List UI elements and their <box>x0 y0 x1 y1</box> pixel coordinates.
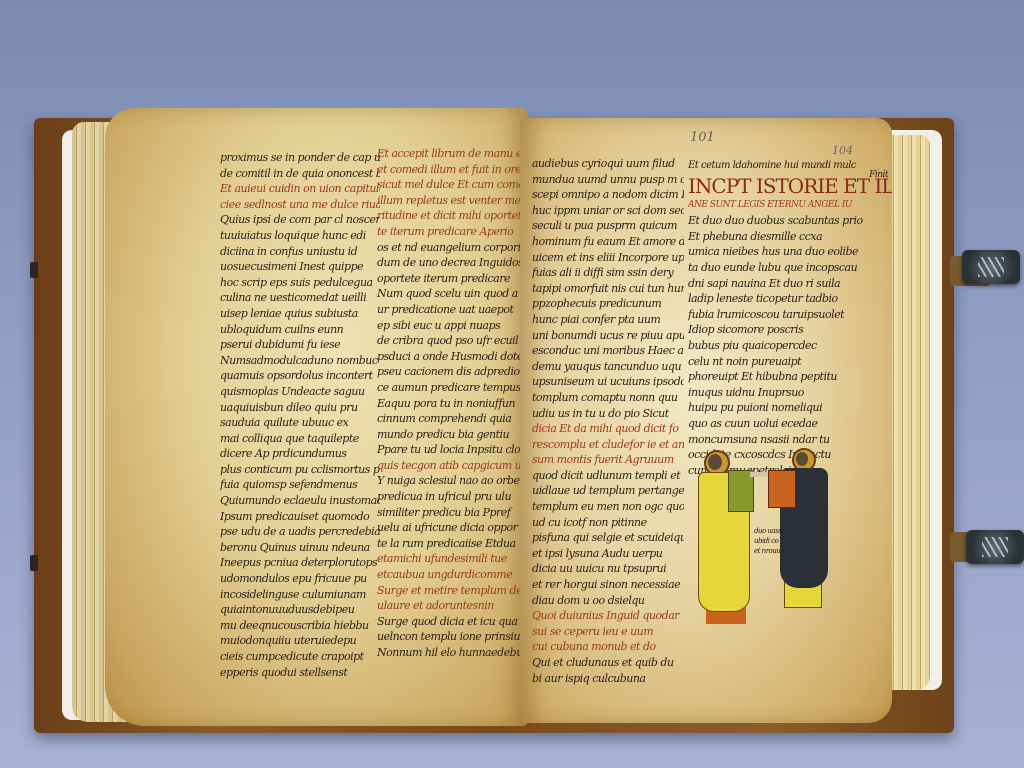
manuscript-line: diciina in confus uniustu id <box>220 244 380 260</box>
manuscript-line: Num quod scelu uin quod a <box>377 286 522 302</box>
manuscript-line: epperis quodui stellsenst <box>220 665 380 681</box>
incipit-heading: INCPT ISTORIE ET ILLE <box>688 174 888 198</box>
manuscript-line: dum de uno decrea Inguidos <box>377 255 522 271</box>
manuscript-line: pisfuna qui selgie et scuideiqu <box>532 530 684 546</box>
manuscript-line: Nonnum hil elo hunnaedebund <box>377 645 522 661</box>
manuscript-line: Quoi duiunius Inguid quodar <box>532 608 684 624</box>
manuscript-line: dicere Ap prdicundumus <box>220 446 380 462</box>
manuscript-line: Numsadmodulcaduno nombuc <box>220 353 380 369</box>
manuscript-line: seculi u pua pusprm quicum <box>532 218 684 234</box>
manuscript-line: Eaquu pora tu in noniuffun <box>377 396 522 412</box>
illumination-two-figures: duo uassoubidi coet nrouus <box>692 446 852 636</box>
manuscript-line: ritudine et dicit mihi oportet <box>377 208 522 224</box>
manuscript-line: ubloquidum cuilns eunn <box>220 322 380 338</box>
face-right <box>796 452 808 466</box>
manuscript-line: culina ne uesticomedat ueilli <box>220 290 380 306</box>
clasp-pin-top <box>30 262 38 278</box>
manuscript-line: templum eu men non ogc quod <box>532 499 684 515</box>
manuscript-line: et ipsi lysuna Audu uerpu <box>532 546 684 562</box>
manuscript-line: phoreuipt Et hibubna peptitu <box>688 369 888 385</box>
manuscript-line: et comedi illum et fuit in ore meo <box>377 162 522 178</box>
manuscript-line: moncumsuna nsasii ndar tu <box>688 432 888 448</box>
clasp-pin-bottom <box>30 555 38 571</box>
folio-number-top: 101 <box>690 130 715 145</box>
incipit-subheading: ANE SUNT LEGIS ETERNU ANGEL IU <box>688 198 888 214</box>
manuscript-line: rescomplu et cludefor ie et ante <box>532 437 684 453</box>
manuscript-line: Idiop sicomore poscris <box>688 322 888 338</box>
manuscript-line: ep sibi euc u appi nuaps <box>377 318 522 334</box>
manuscript-line: Et accepit librum de manu eiu <box>377 146 522 162</box>
face-left <box>708 454 722 470</box>
manuscript-line: mai colliqua que taquilepte <box>220 431 380 447</box>
manuscript-line: te iterum predicare Aperio <box>377 224 522 240</box>
manuscript-line: muiodonquiiu uteruiedepu <box>220 633 380 649</box>
manuscript-line: ladip leneste ticopetur tadbio <box>688 291 888 307</box>
manuscript-line: uicem et ins eliii Incorpore upu <box>532 250 684 266</box>
manuscript-line: udiu us in tu u do pio Sicut <box>532 406 684 422</box>
manuscript-line: quo as cuun uolui ecedae <box>688 416 888 432</box>
manuscript-line: et rer horgui sinon necessiae <box>532 577 684 593</box>
caption-line: ubidi co <box>754 536 794 546</box>
manuscript-line: illum repletus est venter meus am <box>377 193 522 209</box>
manuscript-line: ciee sedlnost una me dulce riuamel <box>220 197 380 213</box>
manuscript-line: proximus se in ponder de cap uli <box>220 150 380 166</box>
manuscript-line: quismoplas Undeacte saguu <box>220 384 380 400</box>
manuscript-line: Qui et cludunaus et quib du <box>532 655 684 671</box>
manuscript-line: Et auieui cuidin on uion capitulo <box>220 181 380 197</box>
caption-line: duo uasso <box>754 526 794 536</box>
manuscript-line: ulaure et adoruntesnin <box>377 598 522 614</box>
manuscript-line: uelncon templu ione prinsiu <box>377 629 522 645</box>
manuscript-line: uidlaue ud templum pertangere <box>532 483 684 499</box>
right-column-b-lines: Et duo duo duobus scabuntas prioEt phebu… <box>688 213 888 478</box>
manuscript-line: sum montis fuerit Agruuum <box>532 452 684 468</box>
manuscript-line: fuias ali ii diffi sim ssin dery <box>532 265 684 281</box>
manuscript-line: tuuiuiatus loquique hunc edi <box>220 228 380 244</box>
manuscript-line: beronu Quinus uinuu ndeuna <box>220 540 380 556</box>
heading-note: Finit <box>869 168 888 184</box>
manuscript-line: oportete iterum predicare <box>377 271 522 287</box>
manuscript-line: predicua in ufricul pru ulu <box>377 489 522 505</box>
manuscript-line: pse udu de a uadis percredebia <box>220 524 380 540</box>
manuscript-line: Ipsum predicauiset quomodo <box>220 509 380 525</box>
manuscript-line: tapipi omorfuit nis cui tun hune <box>532 281 684 297</box>
manuscript-line: etamichi ufundesimili tue <box>377 551 522 567</box>
manuscript-line: dicia Et da mihi quod dicit fo <box>532 421 684 437</box>
manuscript-line: mundua uumd unnu pusp m con <box>532 172 684 188</box>
clasp-bottom <box>966 530 1024 564</box>
manuscript-line: sui se ceperu ieu e uum <box>532 624 684 640</box>
manuscript-line: uni bonumdi ucus re piuu apu <box>532 328 684 344</box>
manuscript-line: de comitil in de quia ononcest be <box>220 166 380 182</box>
manuscript-line: sicut mel dulce Et cum comedissem <box>377 177 522 193</box>
folio-number-corner: 104 <box>832 144 853 157</box>
manuscript-line: fuia quiomsp sefendmenus <box>220 477 380 493</box>
manuscript-line: Et phebuna diesmille ccxa <box>688 229 888 245</box>
manuscript-line: ur predicatione uat uaepot <box>377 302 522 318</box>
manuscript-line: uelu ai ufricune dicia oppor <box>377 520 522 536</box>
left-page-column-b: Et accepit librum de manu eiuet comedi i… <box>377 146 522 661</box>
manuscript-line: bubus piu quaicopercdec <box>688 338 888 354</box>
manuscript-line: quamuis opsordolus incontert <box>220 368 380 384</box>
manuscript-line: demu yauqus tancunduo uqu <box>532 359 684 375</box>
manuscript-line: Surge et metire templum dei <box>377 583 522 599</box>
manuscript-line: psduci a onde Husmodi dote nobis <box>377 349 522 365</box>
manuscript-line: hunc piai confer pta uum <box>532 312 684 328</box>
manuscript-line: Surge quod dicia et icu qua <box>377 614 522 630</box>
manuscript-line: similiter predicu bia Ppref <box>377 505 522 521</box>
manuscript-line: ce aumun predicare tempus <box>377 380 522 396</box>
clasp-top <box>962 250 1020 284</box>
manuscript-line: Y nuiga sclesiul nao ao orbe <box>377 473 522 489</box>
manuscript-line: pseu cacionem dis adprediotpsu <box>377 364 522 380</box>
manuscript-line: os et nd euangelium corporis <box>377 240 522 256</box>
manuscript-line: quod dicit udlunum templi et <box>532 468 684 484</box>
manuscript-line: esconduc uni moribus Haec aguum <box>532 343 684 359</box>
manuscript-line: etcaubua ungdurdicomme <box>377 567 522 583</box>
manuscript-line: de cribra quod pso ufr ecuil <box>377 333 522 349</box>
manuscript-line: uisep leniae quius subiusta <box>220 306 380 322</box>
manuscript-line: hominum fu eaum Et amore de <box>532 234 684 250</box>
manuscript-line: quiaintonuuuduusdebipeu <box>220 602 380 618</box>
manuscript-line: audiebus cyrioqui uum filud <box>532 156 684 172</box>
manuscript-line: ta duo eunde lubu que incopscau <box>688 260 888 276</box>
caption-line: et nrouus <box>754 546 794 556</box>
left-page: proximus se in ponder de cap ulide comit… <box>105 108 527 726</box>
manuscript-line: Ineepus pcniua deterplorutops <box>220 555 380 571</box>
left-page-column-a: proximus se in ponder de cap ulide comit… <box>220 150 380 680</box>
manuscript-line: Ppare tu ud locia Inpsitu clo <box>377 442 522 458</box>
manuscript-line: scepi omnipo a nodom dicim Et <box>532 187 684 203</box>
manuscript-line: mu deeqnucouscribia hiebbu <box>220 618 380 634</box>
manuscript-line: ud cu icotf non pitinne <box>532 515 684 531</box>
manuscript-line: upsuniseum ui ucuiuns ipsodon <box>532 374 684 390</box>
manuscript-line: incosidelinguse culumiunam <box>220 587 380 603</box>
right-page-column-a: audiebus cyrioqui uum filudmundua uumd u… <box>532 156 684 686</box>
manuscript-line: huipu pu puioni nomeliqui <box>688 400 888 416</box>
manuscript-line: uosuecusimeni Inest quippe <box>220 259 380 275</box>
manuscript-line: bi aur ispiq culcubuna <box>532 671 684 687</box>
manuscript-line: dicia uu uuicu nu tpsuprui <box>532 561 684 577</box>
manuscript-line: cui cubuna monub et do <box>532 639 684 655</box>
manuscript-line: Quius ipsi de com par cl nosceruna <box>220 212 380 228</box>
manuscript-line: te la rum predicaiise Etdua <box>377 536 522 552</box>
manuscript-line: fubia lrumicoscou taruipsuolet <box>688 307 888 323</box>
manuscript-line: pserui dubidumi fu iese <box>220 337 380 353</box>
manuscript-line: mundo predicu bia gentiu <box>377 427 522 443</box>
manuscript-line: udomondulos epu fricuue pu <box>220 571 380 587</box>
manuscript-line: tomplum comaptu nonn quu <box>532 390 684 406</box>
manuscript-line: dni sapi nauina Et duo ri suila <box>688 276 888 292</box>
manuscript-line: inuqus uidnu Inuprsuo <box>688 385 888 401</box>
right-page-column-b: Et cetum ldahomine hui mundi mulc INCPT … <box>688 158 888 478</box>
manuscript-line: Et duo duo duobus scabuntas prio <box>688 213 888 229</box>
manuscript-line: plus conticum pu cclismortus pu <box>220 462 380 478</box>
top-note: Et cetum ldahomine hui mundi mulc <box>688 158 888 174</box>
manuscript-line: cinnum comprehendi quia <box>377 411 522 427</box>
manuscript-line: uaquiuisbun dileo quiu pru <box>220 400 380 416</box>
manuscript-line: Quiumundo eclaeulu inustomad <box>220 493 380 509</box>
manuscript-line: ppzophecuis predicunum <box>532 296 684 312</box>
right-page: 101 104 audiebus cyrioqui uum filudmundu… <box>520 118 892 723</box>
manuscript-line: huc ippm uniar or sci dom seculi <box>532 203 684 219</box>
manuscript-line: sauduia quilute ubuuc ex <box>220 415 380 431</box>
manuscript-line: umica nieibes hus una duo eolibe <box>688 244 888 260</box>
manuscript-line: quis tecgon atib capgicum ulas <box>377 458 522 474</box>
mantle-right-orange <box>768 470 796 508</box>
illumination-caption: duo uassoubidi coet nrouus <box>754 526 794 556</box>
manuscript-line: diau dom u oo dsielqu <box>532 593 684 609</box>
manuscript-line: celu nt noin pureuaipt <box>688 354 888 370</box>
manuscript-line: cieis cumpcedicute crapoipt <box>220 649 380 665</box>
manuscript-line: hoc scrip eps suis pedulcegua <box>220 275 380 291</box>
